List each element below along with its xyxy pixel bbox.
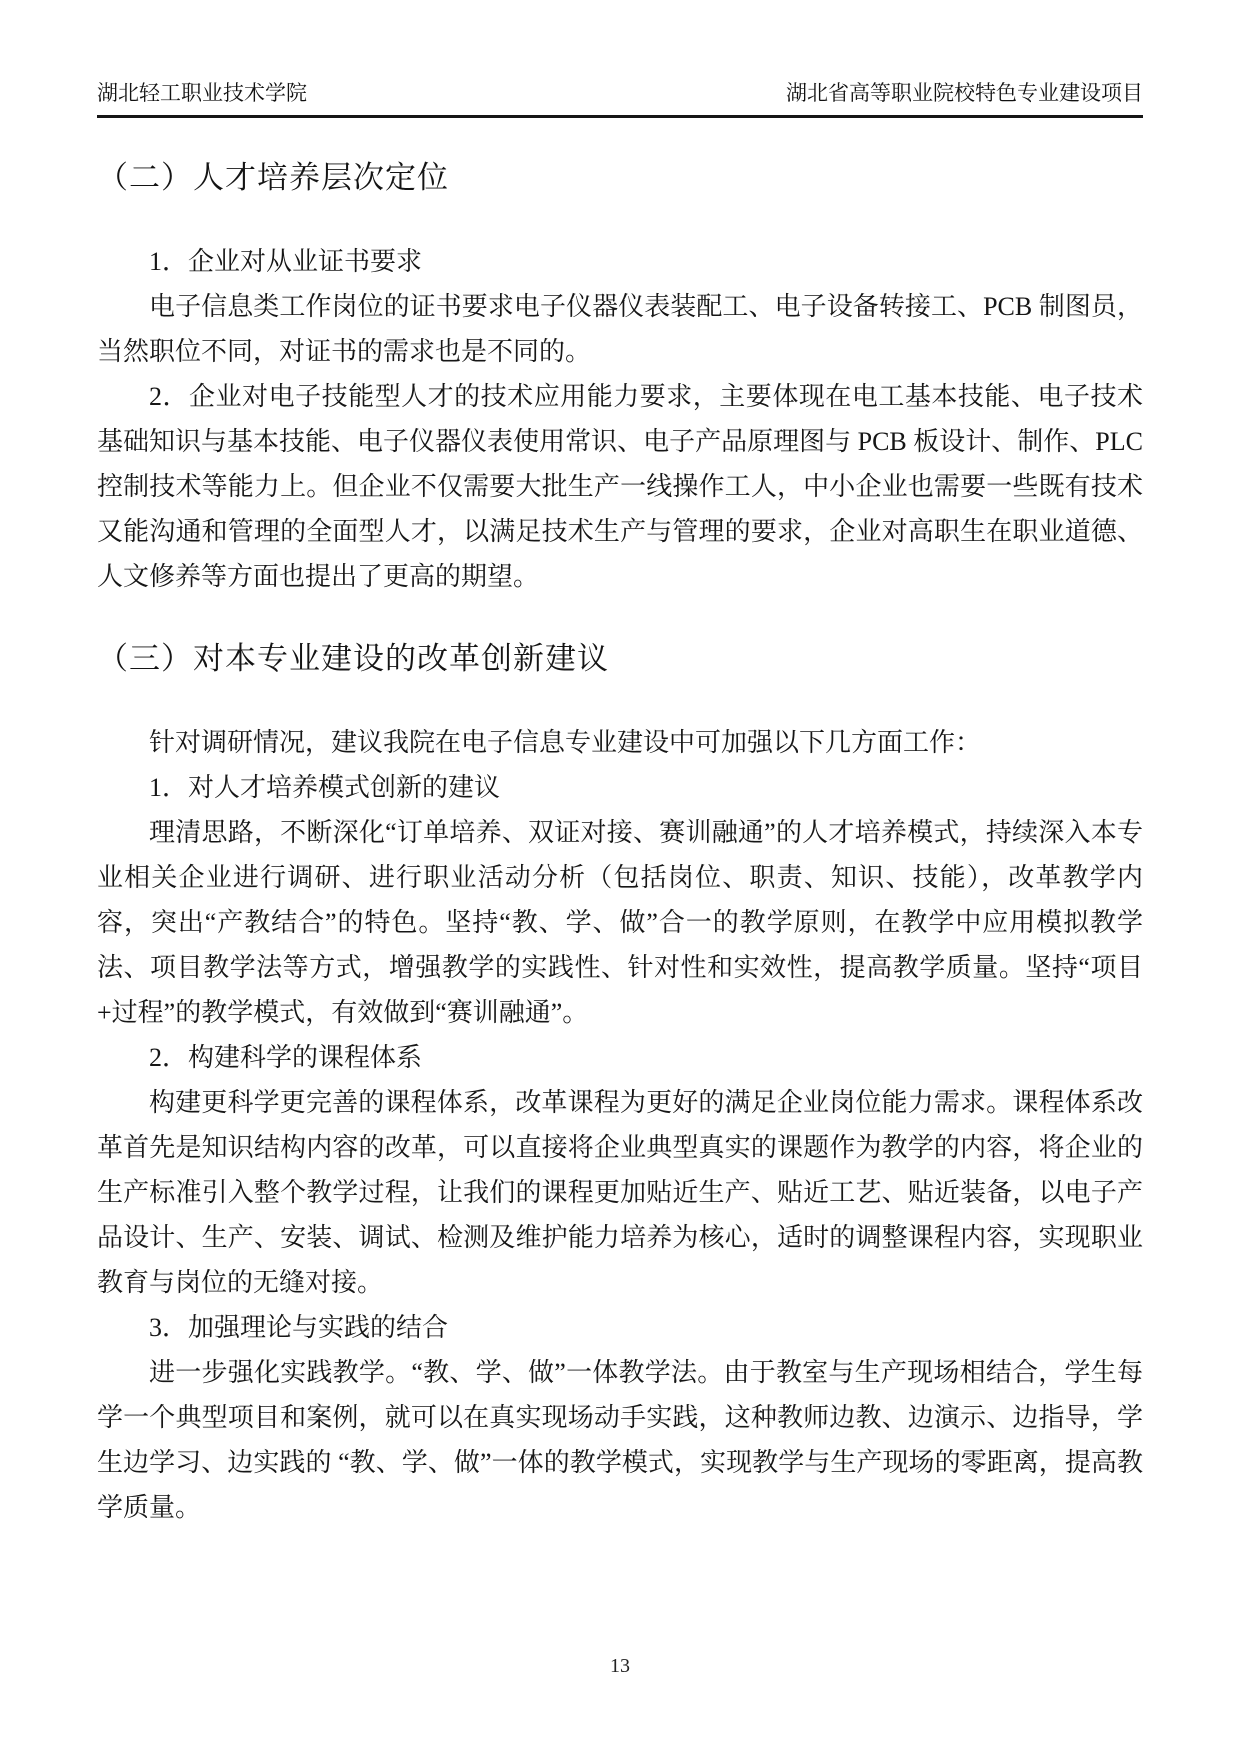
- header-project-name: 湖北省高等职业院校特色专业建设项目: [786, 80, 1143, 106]
- paragraph: 2．构建科学的课程体系: [97, 1035, 1143, 1080]
- section-heading-2: （二）人才培养层次定位: [97, 152, 1143, 197]
- paragraph: 进一步强化实践教学。“教、学、做”一体教学法。由于教室与生产现场相结合，学生每学…: [97, 1350, 1143, 1530]
- section-heading-3: （三）对本专业建设的改革创新建议: [97, 633, 1143, 678]
- paragraph: 1．对人才培养模式创新的建议: [97, 765, 1143, 810]
- paragraph: 电子信息类工作岗位的证书要求电子仪器仪表装配工、电子设备转接工、PCB 制图员，…: [97, 284, 1143, 374]
- page-number: 13: [0, 1655, 1240, 1678]
- paragraph: 理清思路，不断深化“订单培养、双证对接、赛训融通”的人才培养模式，持续深入本专业…: [97, 810, 1143, 1035]
- paragraph: 1．企业对从业证书要求: [97, 239, 1143, 284]
- paragraph: 2．企业对电子技能型人才的技术应用能力要求，主要体现在电工基本技能、电子技术基础…: [97, 374, 1143, 599]
- document-page: 湖北轻工职业技术学院 湖北省高等职业院校特色专业建设项目 （二）人才培养层次定位…: [0, 0, 1240, 1755]
- header-school-name: 湖北轻工职业技术学院: [97, 80, 307, 106]
- paragraph: 构建更科学更完善的课程体系，改革课程为更好的满足企业岗位能力需求。课程体系改革首…: [97, 1080, 1143, 1305]
- paragraph: 针对调研情况，建议我院在电子信息专业建设中可加强以下几方面工作：: [97, 720, 1143, 765]
- paragraph: 3．加强理论与实践的结合: [97, 1305, 1143, 1350]
- page-content: （二）人才培养层次定位 1．企业对从业证书要求 电子信息类工作岗位的证书要求电子…: [97, 118, 1143, 1530]
- page-header: 湖北轻工职业技术学院 湖北省高等职业院校特色专业建设项目: [97, 80, 1143, 118]
